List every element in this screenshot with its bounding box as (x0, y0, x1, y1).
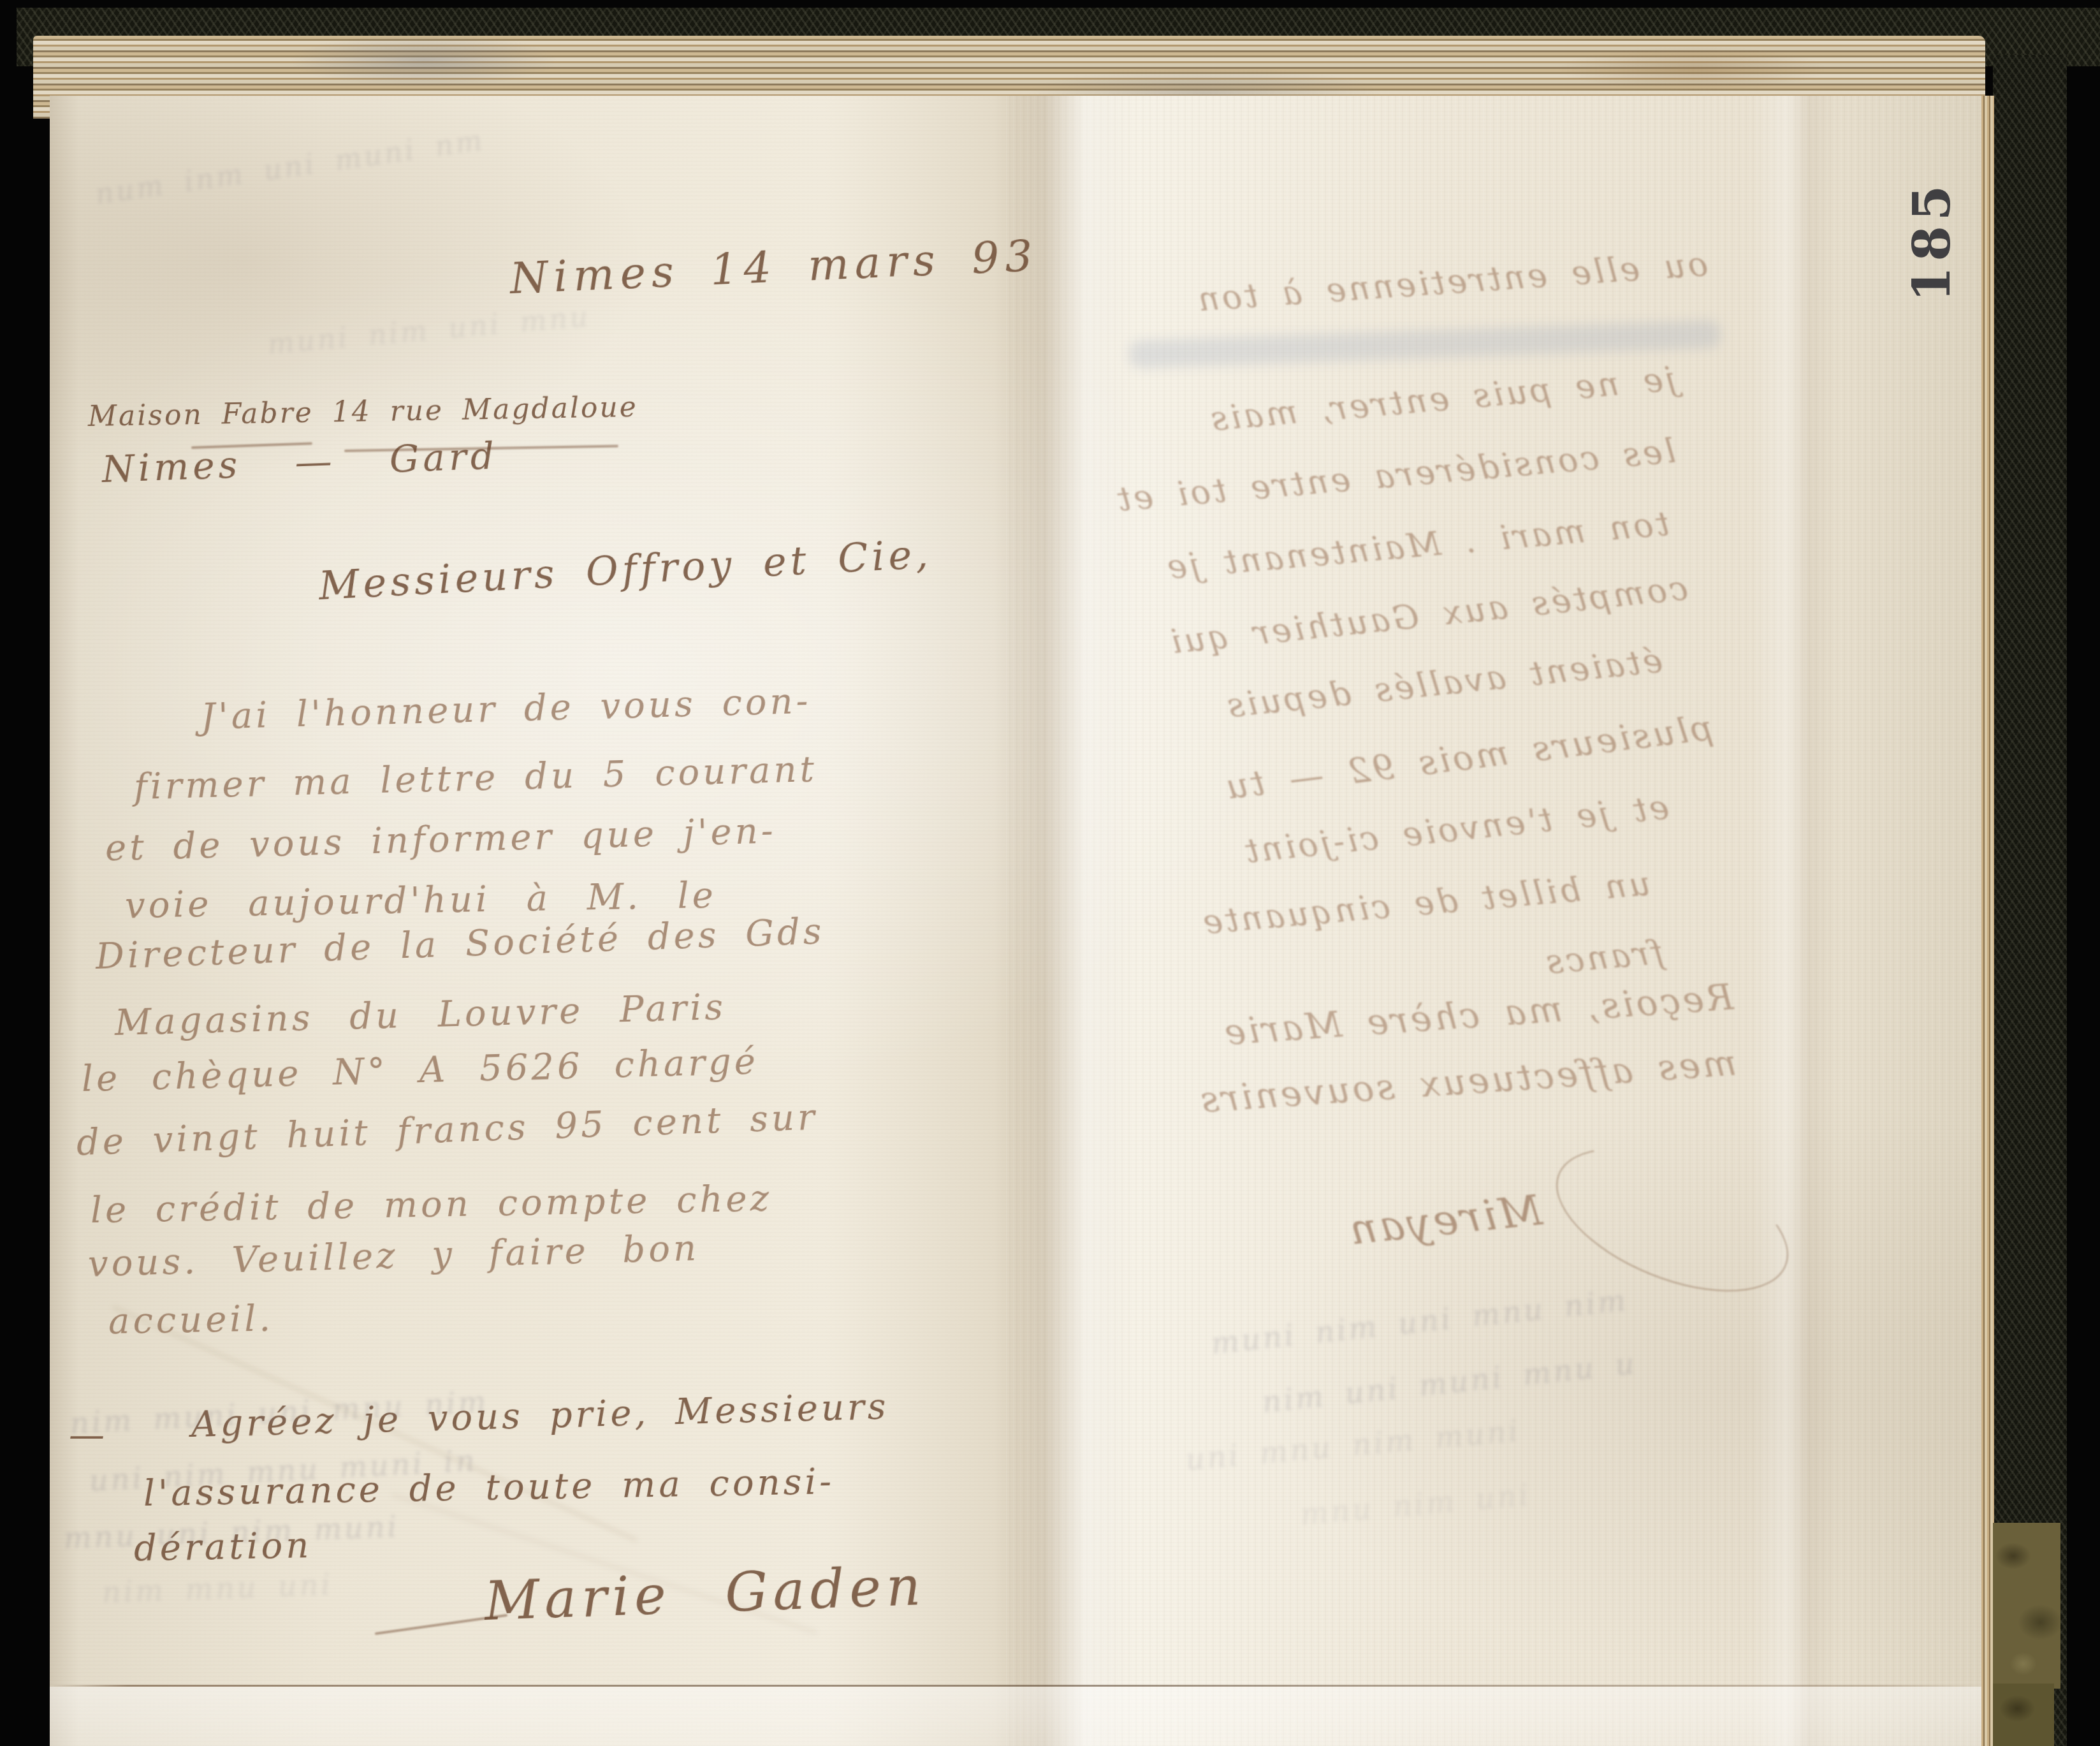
body-line: accueil. (108, 1298, 273, 1342)
brass-clasp (1993, 1523, 2060, 1689)
underlying-page-edge (50, 1687, 1988, 1746)
letterbook-photo: 185 Nimes 14 mars 93 Maison Fabre 14 rue… (0, 0, 2100, 1746)
brass-clasp-tip (1993, 1684, 2054, 1746)
page-number-stamp: 185 (1906, 171, 1957, 311)
book-cover-right-edge (1993, 55, 2067, 1746)
page-fore-edge-right (1981, 96, 1994, 1746)
